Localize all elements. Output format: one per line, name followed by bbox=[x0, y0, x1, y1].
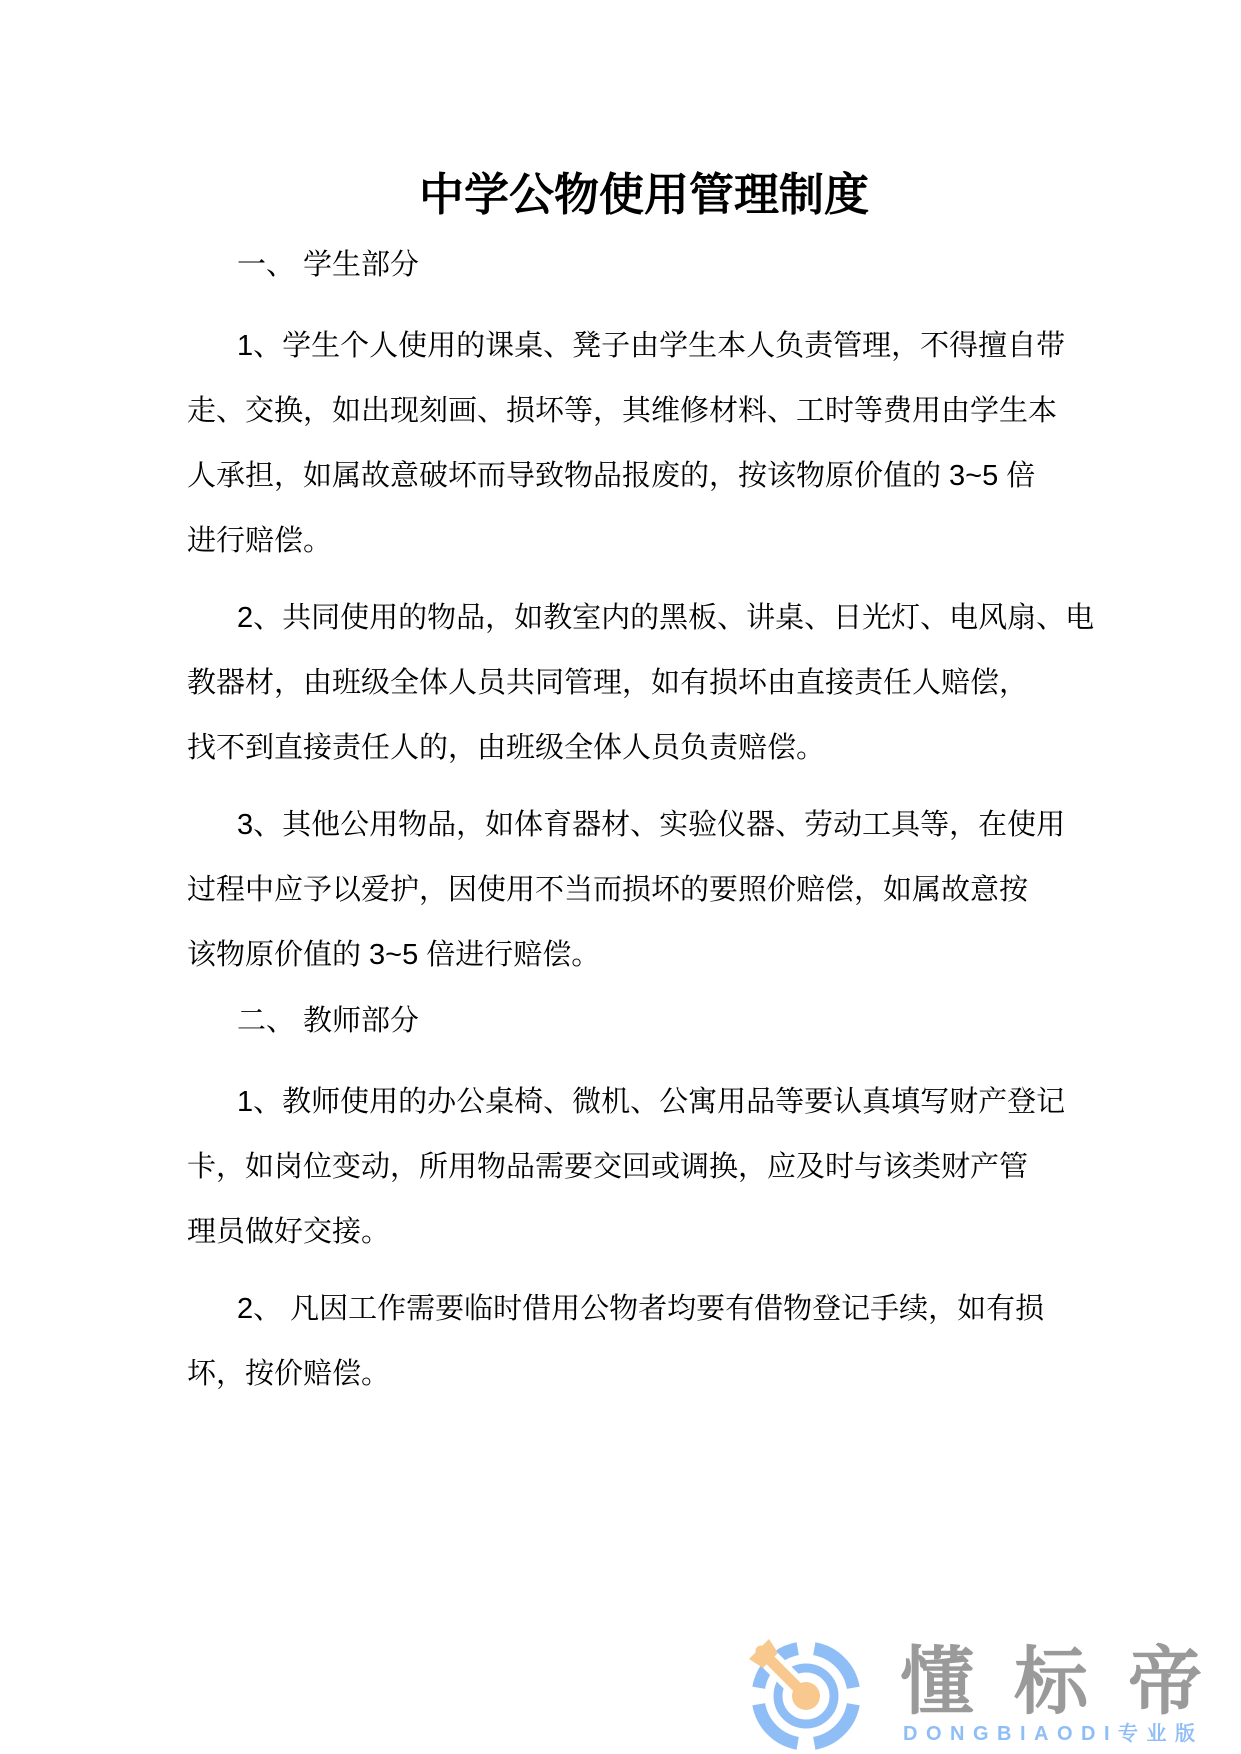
text-line: 走、交换，如出现刻画、损坏等，其维修材料、工时等费用由学生本 bbox=[187, 379, 1093, 444]
text-line: 2、 凡因工作需要临时借用公物者均要有借物登记手续，如有损 bbox=[187, 1277, 1093, 1342]
text-line: 1、教师使用的办公桌椅、微机、公寓用品等要认真填写财产登记 bbox=[187, 1070, 1093, 1135]
text-line: 进行赔偿。 bbox=[187, 509, 1093, 574]
text-line: 2、共同使用的物品，如教室内的黑板、讲桌、日光灯、电风扇、电 bbox=[187, 586, 1093, 651]
text-line: 理员做好交接。 bbox=[187, 1200, 1093, 1265]
dart-target-icon bbox=[747, 1637, 865, 1754]
text-line: 卡，如岗位变动，所用物品需要交回或调换，应及时与该类财产管 bbox=[187, 1135, 1093, 1200]
paragraph: 3、其他公用物品，如体育器材、实验仪器、劳动工具等，在使用 过程中应予以爱护，因… bbox=[187, 793, 1093, 988]
document-body: 中学公物使用管理制度 一、 学生部分 1、学生个人使用的课桌、凳子由学生本人负责… bbox=[0, 0, 1241, 1407]
brand-name: 懂标帝 bbox=[900, 1645, 1241, 1719]
document-page: 中学公物使用管理制度 一、 学生部分 1、学生个人使用的课桌、凳子由学生本人负责… bbox=[0, 0, 1241, 1754]
text-line: 教器材，由班级全体人员共同管理，如有损坏由直接责任人赔偿， bbox=[187, 651, 1093, 716]
text-line: 人承担，如属故意破坏而导致物品报废的，按该物原价值的 3~5 倍 bbox=[187, 444, 1093, 509]
brand-watermark: 懂标帝 DONGBIAODI专业版 bbox=[747, 1637, 1241, 1754]
text-line: 该物原价值的 3~5 倍进行赔偿。 bbox=[187, 923, 1093, 988]
paragraph: 1、教师使用的办公桌椅、微机、公寓用品等要认真填写财产登记 卡，如岗位变动，所用… bbox=[187, 1070, 1093, 1265]
text-line: 3、其他公用物品，如体育器材、实验仪器、劳动工具等，在使用 bbox=[187, 793, 1093, 858]
text-line: 坏，按价赔偿。 bbox=[187, 1342, 1093, 1407]
brand-subtext: DONGBIAODI专业版 bbox=[903, 1723, 1204, 1745]
section-heading-teachers: 二、 教师部分 bbox=[187, 989, 1093, 1054]
paragraph: 1、学生个人使用的课桌、凳子由学生本人负责管理，不得擅自带 走、交换，如出现刻画… bbox=[187, 314, 1093, 574]
text-line: 过程中应予以爱护，因使用不当而损坏的要照价赔偿，如属故意按 bbox=[187, 858, 1093, 923]
document-title: 中学公物使用管理制度 bbox=[187, 165, 1093, 225]
paragraph: 2、 凡因工作需要临时借用公物者均要有借物登记手续，如有损 坏，按价赔偿。 bbox=[187, 1277, 1093, 1407]
paragraph: 2、共同使用的物品，如教室内的黑板、讲桌、日光灯、电风扇、电 教器材，由班级全体… bbox=[187, 586, 1093, 781]
text-line: 找不到直接责任人的，由班级全体人员负责赔偿。 bbox=[187, 716, 1093, 781]
text-line: 1、学生个人使用的课桌、凳子由学生本人负责管理，不得擅自带 bbox=[187, 314, 1093, 379]
section-heading-students: 一、 学生部分 bbox=[187, 233, 1093, 298]
